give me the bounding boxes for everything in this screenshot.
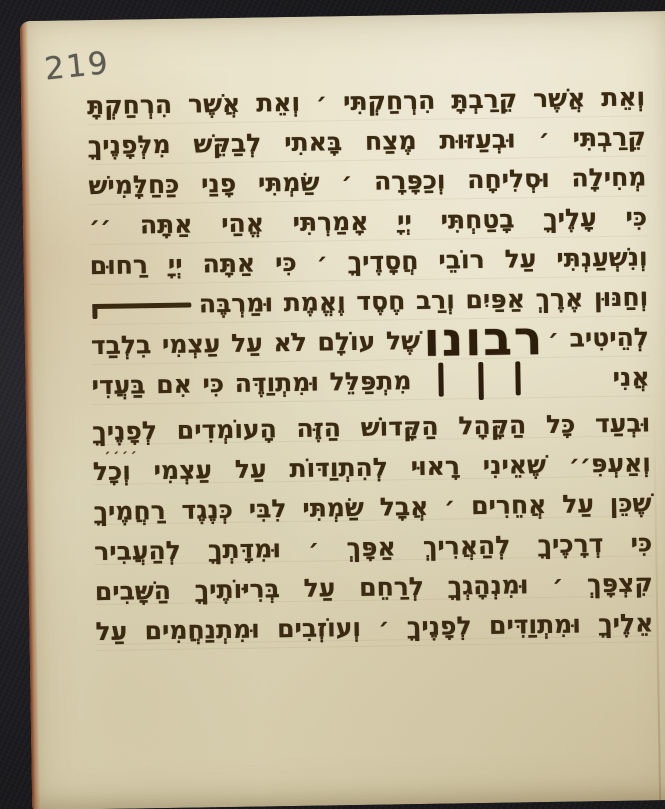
text-line-7-with-rubric: לְהֵיטִיב ׳ רבונו שֶׁל עוֹלָם לֹא עַל עַ…: [91, 323, 649, 359]
rubric-descender: [516, 361, 522, 395]
text-line-1: וְאֵת אֲשֶׁר קֵרַבְתָּ הִרְחַקְתִּי ׳ וְ…: [87, 83, 645, 119]
folio-number-pencil: 219: [43, 45, 112, 88]
text-line-4: כִּי עָלֶיךָ בָטַחְתִּי יְיָ אָמַרְתִּי …: [89, 203, 647, 239]
manuscript-page: 219 וְאֵת אֲשֶׁר קֵרַבְתָּ הִרְחַקְתִּי …: [20, 11, 665, 809]
text-line-9: וּבְעַד כָּל הַקָּהָל הַקָּדוֹשׁ הַזֶּה …: [92, 409, 650, 445]
line-filler-stroke: [92, 303, 191, 310]
text-line-7-end: שֶׁל עוֹלָם לֹא עַל עַצְמִי בִלְבַד: [91, 327, 421, 359]
manuscript-photo: 219 וְאֵת אֲשֶׁר קֵרַבְתָּ הִרְחַקְתִּי …: [0, 0, 665, 809]
rubric-word: רבונו: [423, 325, 544, 354]
text-block: וְאֵת אֲשֶׁר קֵרַבְתָּ הִרְחַקְתִּי ׳ וְ…: [87, 83, 654, 658]
text-line-8-right: אֲנִי: [612, 363, 649, 391]
text-line-8-left: מִתְפַּלֵּל וּמִתְוַדֶּה כִּי אִם בַּעֲד…: [91, 367, 411, 399]
rubric-descender: [478, 362, 484, 400]
rubric-word-wrap: רבונו: [423, 325, 544, 361]
text-line-6: וְחַנּוּן אֶרֶךְ אַפַּיִם וְרַב חֶסֶד וֶ…: [90, 283, 648, 319]
page-fore-edge: [20, 21, 40, 809]
text-line-2: קֵרַבְתִּי ׳ וּבְעַזּוּת מֶצַח בָּאתִי ל…: [88, 123, 646, 159]
text-line-7-start: לְהֵיטִיב ׳: [548, 323, 649, 352]
text-line-14: אֵלֶיךָ וּמִתְוַדִּים לְפָנֶיךָ ׳ וְעוֹז…: [95, 609, 653, 645]
text-line-8: אֲנִי מִתְפַּלֵּל וּמִתְוַדֶּה כִּי אִם …: [91, 363, 649, 399]
correction-marks: ׳׳׳׳: [105, 447, 140, 463]
text-line-10: וְאַעְפִּ׳׳ שֶׁאֵינִי רָאוּי לְהִתְוַדּו…: [93, 449, 651, 485]
text-line-12: כִּי דְרָכֶיךָ לְהַאֲרִיךְ אַפָּךְ ׳ וּמ…: [94, 529, 652, 565]
text-line-11: שֶׁכֵּן עַל אֲחֵרִים ׳ אֲבָל שַׂמְתִּי ל…: [93, 489, 651, 525]
text-line-5: וְנִשְׁעַנְתִּי עַל רוֹבֵי חֲסָדֶיךָ ׳ כ…: [89, 243, 647, 279]
page-crease: [653, 406, 661, 800]
rubric-descender: [438, 363, 444, 397]
text-line-3: מְחִילָה וּסְלִיחָה וְכַפָּרָה ׳ שַׂמְתִ…: [88, 163, 646, 199]
text-line-13: קִצְפָּךְ ׳ וּמִנְהָגְךָ לְרַחֵם עַל בְּ…: [95, 569, 653, 605]
